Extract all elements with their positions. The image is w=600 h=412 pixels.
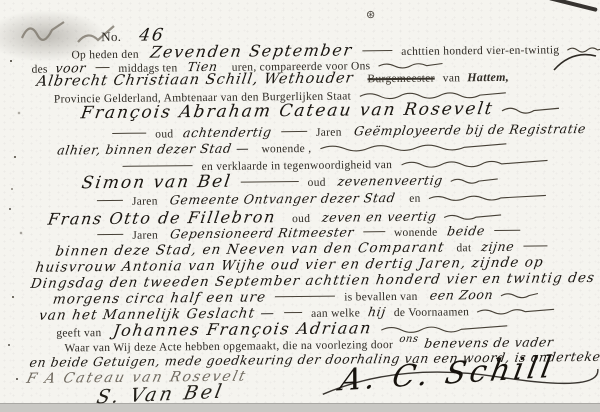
witness2-jaren-label: Jaren [132,229,158,241]
pen-flourish [379,323,509,334]
pen-flourish [318,141,508,153]
pen-dash [97,234,123,235]
pen-flourish [444,212,504,222]
dat-label: dat [456,242,471,254]
en-label: en [409,193,421,205]
pen-dash [362,50,392,51]
struck-burgemeester: Burgemeester [367,73,434,86]
pen-dash [123,165,193,167]
witness-signature: S. Van Bel [95,380,227,408]
declarant-name-row: François Abraham Cateau van Rosevelt [81,98,564,123]
witness1-jaren-label: Jaren [132,195,158,207]
bevallen-label: is bevallen van [344,291,418,304]
ons-insert-handwritten: ons [398,334,419,345]
declarant-name-handwritten: François Abraham Cateau van Rosevelt [80,99,496,123]
witness2-wonende-label: wonende [394,227,438,239]
hij-handwritten: hij [367,304,387,319]
pen-flourish [450,176,500,186]
witness1-occupation-handwritten: Gemeente Ontvanger dezer Stad [169,190,397,207]
witness1-age-handwritten: zevenenveertig [337,172,444,188]
pen-dash [494,230,520,231]
wonende-label: wonende , [261,143,311,156]
declarant-age-handwritten: achtendertig [182,124,273,140]
beide-handwritten: beide [446,223,486,238]
pen-dash [281,131,307,132]
pen-dash [275,295,335,297]
record-number-label: No. [101,29,121,44]
oud-label: oud [155,128,173,140]
witness1-oud-label: oud [308,177,326,189]
pen-dash [112,132,146,133]
pen-flourish [399,158,549,170]
pen-flourish [500,290,540,299]
declarant-occupation-handwritten: Geëmployeerde bij de Registratie [353,121,587,138]
pen-dash [241,181,299,183]
child-handwritten: een Zoon [429,287,495,303]
pen-dash [95,67,109,68]
pen-flourish [566,45,600,54]
pen-flourish [476,306,556,316]
van-printed: van [443,72,461,84]
pen-dash [97,200,123,201]
scanned-birth-record: ⊛ No. 46 Op heden den Zevenden September… [0,0,600,412]
residence-handwritten: alhier, binnen dezer Stad — [56,141,250,158]
jaren-label: Jaren [316,127,342,139]
zijne-handwritten: zijne [480,239,515,254]
city-printed: Hattem, [467,70,509,84]
pen-flourish [501,105,561,116]
signature-witness: S. Van Bel [97,381,225,409]
pen-dash [284,312,302,313]
pen-dash [523,245,547,246]
pen-dash [363,231,385,232]
pen-flourish [428,192,548,202]
